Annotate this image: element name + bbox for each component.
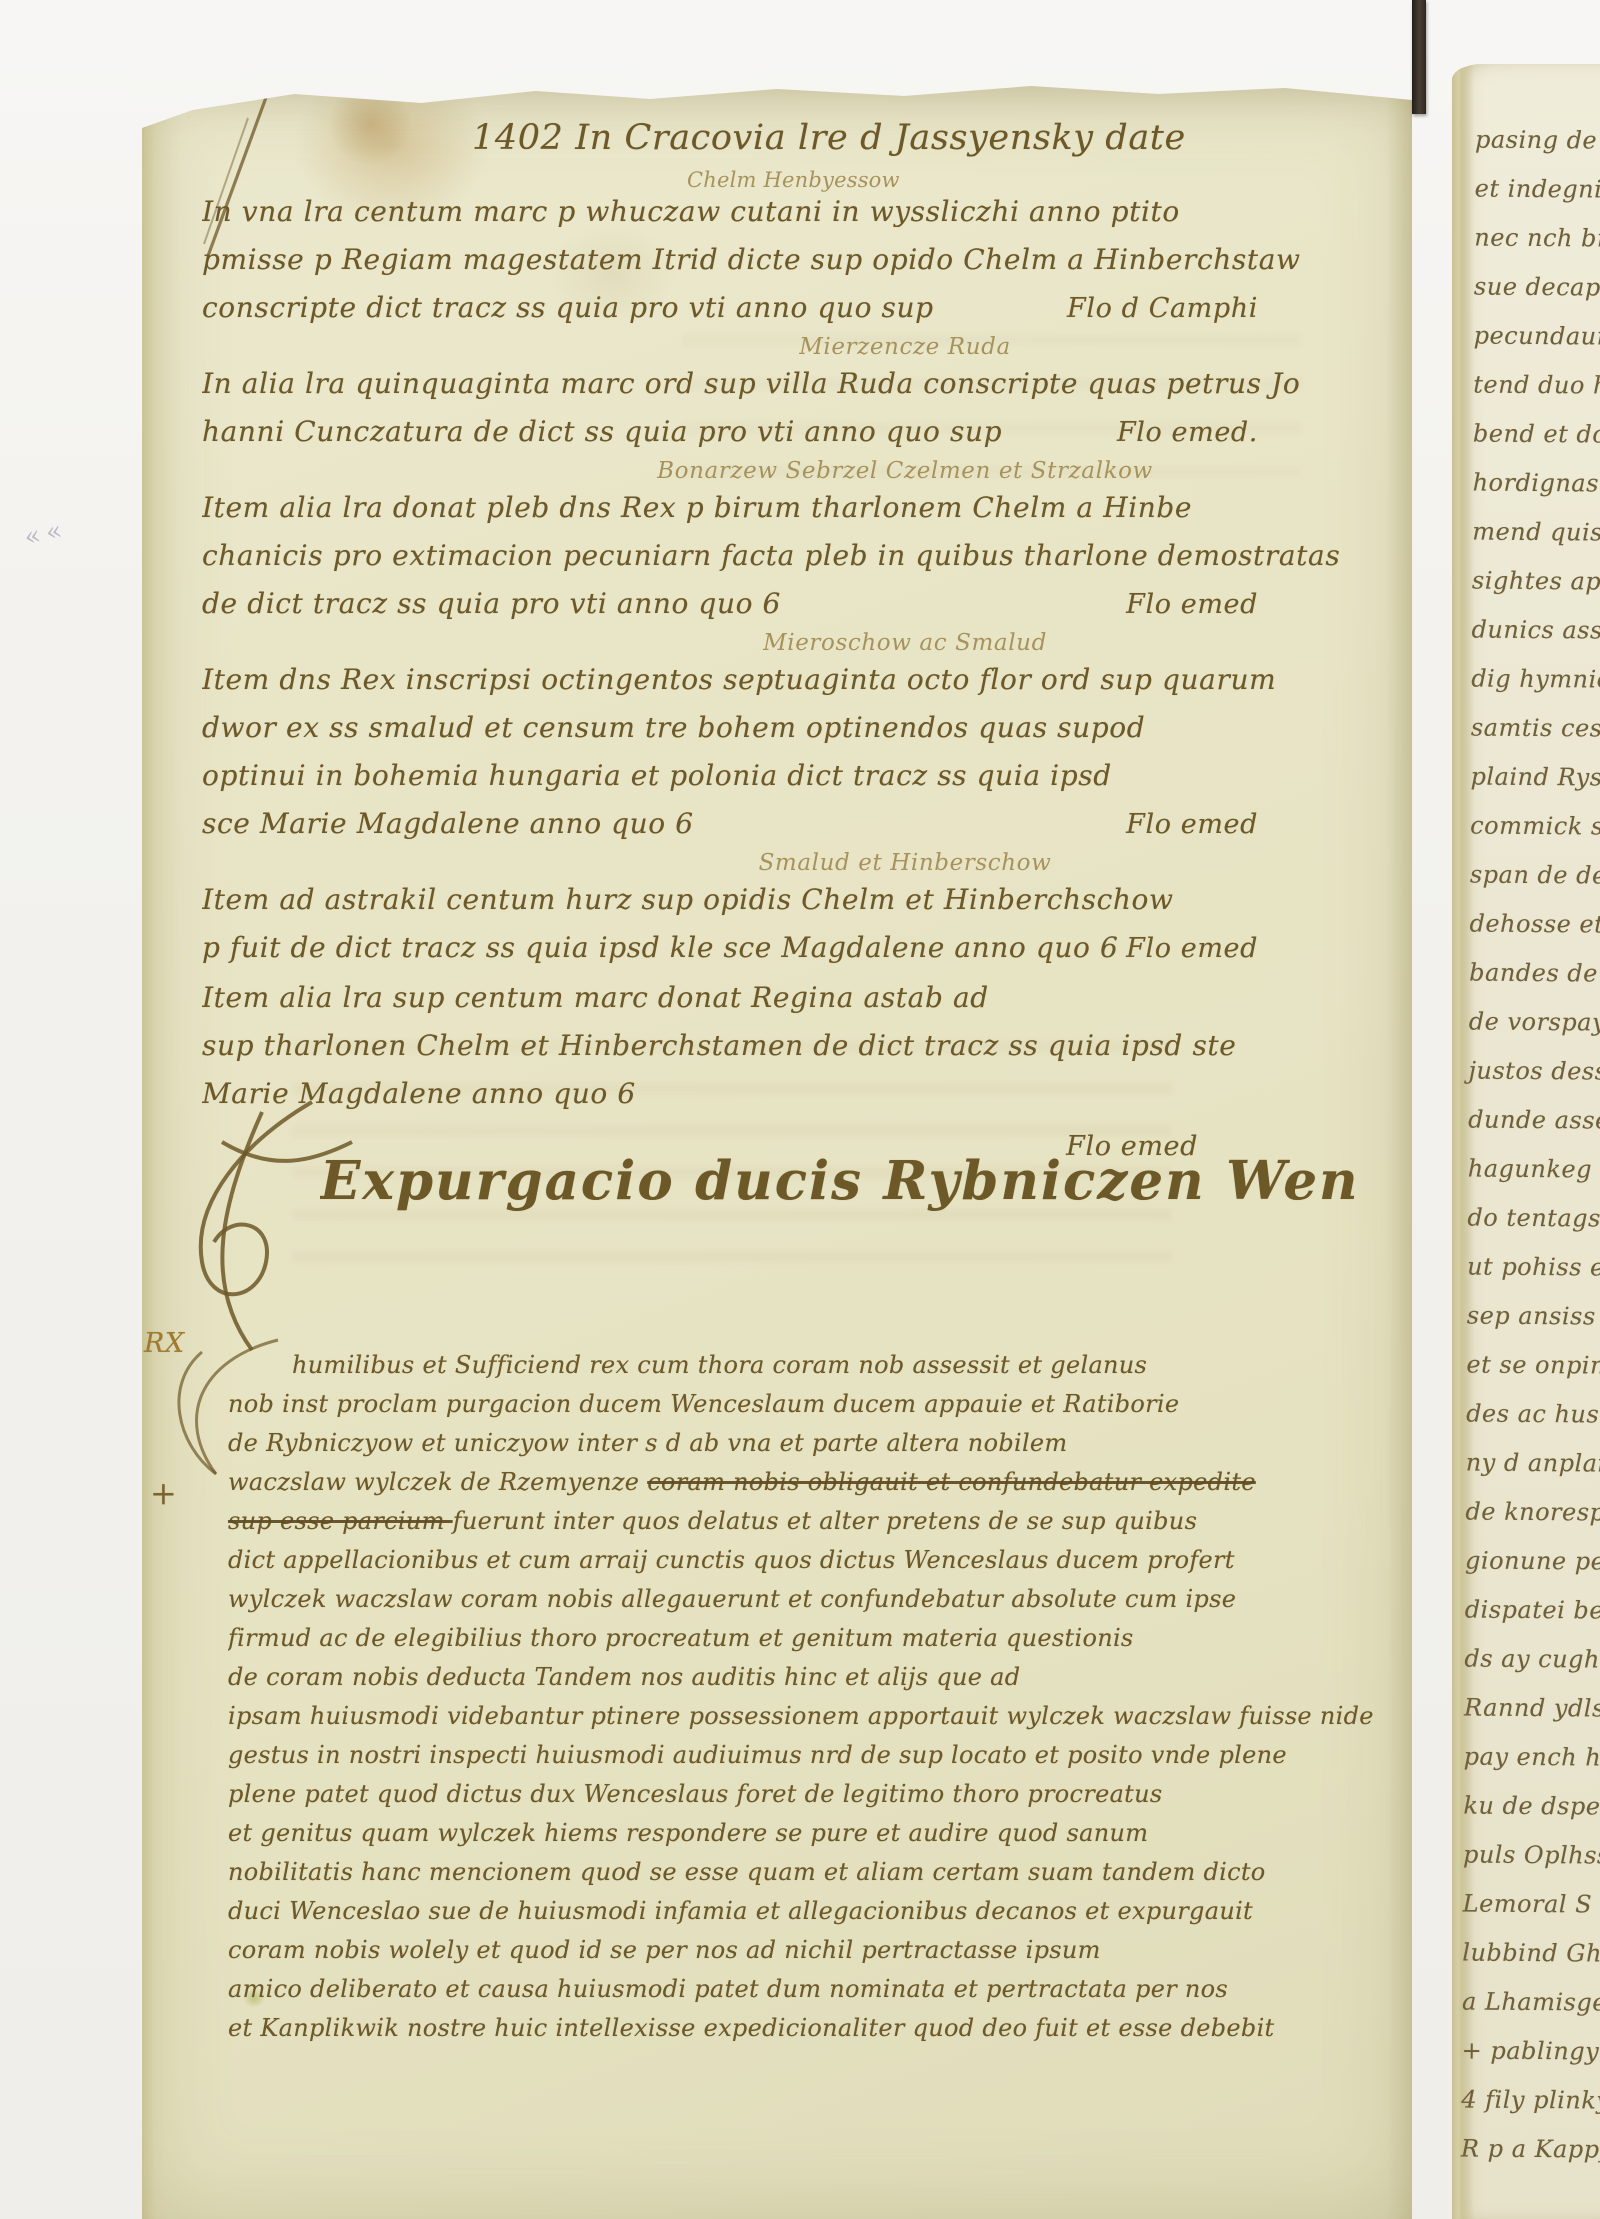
- body-line: duci Wenceslao sue de huiusmodi infamia …: [228, 1892, 1388, 1931]
- body-text-segment: de coram nobis deducta Tandem nos auditi…: [228, 1663, 1020, 1691]
- body-text-segment: de Rybniczyow et uniczyow inter s d ab v…: [228, 1429, 1068, 1457]
- facing-page-fragment: dig hymniog: [1471, 655, 1600, 705]
- manuscript-page: 1402 In Cracovia lre d Jassyensky date C…: [142, 84, 1412, 2219]
- entry-line: Item alia lra sup centum marc donat Regi…: [202, 974, 1378, 1022]
- body-line: de coram nobis deducta Tandem nos auditi…: [228, 1658, 1388, 1697]
- body-text-segment: fuerunt inter quos delatus et alter pret…: [453, 1507, 1198, 1535]
- manuscript-scan: «« 1402 In Cracovia lre d Jassyensky dat…: [0, 0, 1600, 2219]
- facing-page-fragment: a Lhamisge: [1462, 1978, 1594, 2028]
- body-text-segment: dict appellacionibus et cum arraij cunct…: [228, 1546, 1235, 1574]
- facing-page-fragment: ku de dsperug: [1463, 1782, 1595, 1832]
- body-line: coram nobis wolely et quod id se per nos…: [228, 1931, 1388, 1970]
- entry-line: dwor ex ss smalud et censum tre bohem op…: [202, 704, 1378, 752]
- facing-page-fragment: dunde asse: [1468, 1096, 1600, 1146]
- entry-line: pmisse p Regiam magestatem Itrid dicte s…: [202, 236, 1378, 284]
- body-line: de Rybniczyow et uniczyow inter s d ab v…: [228, 1424, 1388, 1463]
- facing-page-fragment: ut pohiss et st: [1467, 1243, 1599, 1293]
- facing-page-fragment: plaind Rysum: [1470, 753, 1600, 803]
- ledger-entries: In vna lra centum marc p whuczaw cutani …: [202, 188, 1378, 1172]
- body-line: ipsam huiusmodi videbantur ptinere posse…: [228, 1697, 1388, 1736]
- facing-page-fragment: de vorspayss: [1469, 998, 1600, 1048]
- facing-page-fragment: dispatei bey: [1465, 1586, 1597, 1636]
- body-text-segment: firmud ac de elegibilius thoro procreatu…: [228, 1624, 1134, 1652]
- body-line: et genitus quam wylczek hiems respondere…: [228, 1814, 1388, 1853]
- body-line: firmud ac de elegibilius thoro procreatu…: [228, 1619, 1388, 1658]
- body-line: nobilitatis hanc mencionem quod se esse …: [228, 1853, 1388, 1892]
- interlinear-note: Bonarzew Sebrzel Czelmen et Strzalkow: [202, 458, 1378, 484]
- body-text: humilibus et Sufficiend rex cum thora co…: [228, 1346, 1388, 2048]
- interlinear-note: Mierzencze Ruda: [202, 334, 1378, 360]
- facing-page-fragment: ny d anplaisso: [1466, 1439, 1598, 1489]
- body-text-segment: et genitus quam wylczek hiems respondere…: [228, 1819, 1148, 1847]
- facing-page-fragment: pasing de fundacium: [1475, 116, 1600, 166]
- body-line: gestus in nostri inspecti huiusmodi audi…: [228, 1736, 1388, 1775]
- facing-page-fragment: span de deb: [1470, 851, 1600, 901]
- body-text-segment: plene patet quod dictus dux Wenceslaus f…: [228, 1780, 1163, 1808]
- facing-page-fragment: et se onpind de: [1466, 1341, 1598, 1391]
- entry-line: Item dns Rex inscripsi octingentos septu…: [202, 656, 1378, 704]
- body-text-segment: ipsam huiusmodi videbantur ptinere posse…: [228, 1702, 1374, 1730]
- body-line: amico deliberato et causa huiusmodi pate…: [228, 1970, 1388, 2009]
- left-margin-marks: ««: [20, 506, 87, 558]
- facing-page-fragment: bend et donnaus: [1473, 410, 1600, 460]
- body-text-segment: nobilitatis hanc mencionem quod se esse …: [228, 1858, 1266, 1886]
- facing-page-fragment: puls Oplhsse: [1463, 1831, 1595, 1881]
- ledger-entry: Smalud et HinberschowItem ad astrakil ce…: [202, 850, 1378, 972]
- facing-page-fragment: tend duo hymnu: [1473, 361, 1600, 411]
- struck-text: coram nobis obligauit et confundebatur e…: [647, 1468, 1256, 1496]
- interlinear-note: Mieroschow ac Smalud: [202, 630, 1378, 656]
- entry-line: Marie Magdalene anno quo 6: [202, 1070, 1378, 1118]
- body-text-segment: waczslaw wylczek de Rzemyenze: [228, 1468, 647, 1496]
- facing-page-fragment: hagunkeg sud: [1468, 1145, 1600, 1195]
- body-text-segment: duci Wenceslao sue de huiusmodi infamia …: [228, 1897, 1253, 1925]
- facing-page-fragment: de knorespuan: [1465, 1488, 1597, 1538]
- facing-page-fragment: et indegniss uch: [1475, 165, 1600, 215]
- facing-page-fragment: samtis ces de: [1471, 704, 1600, 754]
- facing-page-fragment: R p a Kappf: [1461, 2125, 1593, 2175]
- facing-page-fragment: dunics assum: [1471, 606, 1600, 656]
- ledger-entry: In vna lra centum marc p whuczaw cutani …: [202, 188, 1378, 332]
- facing-page-fragment: sightes ap rog: [1472, 557, 1600, 607]
- entry-line: In alia lra quinquaginta marc ord sup vi…: [202, 360, 1378, 408]
- facing-page-fragment: des ac hush s: [1466, 1390, 1598, 1440]
- body-text-segment: gestus in nostri inspecti huiusmodi audi…: [228, 1741, 1287, 1769]
- entry-line: optinui in bohemia hungaria et polonia d…: [202, 752, 1378, 800]
- bookmark-ribbon: [1412, 0, 1426, 114]
- facing-page-fragments: pasing de fundaciumet indegniss uchnec n…: [1461, 116, 1600, 2175]
- body-text-segment: wylczek waczslaw coram nobis allegauerun…: [228, 1585, 1236, 1613]
- facing-page-fragment: sep ansiss dom: [1467, 1292, 1599, 1342]
- entry-line: Item alia lra donat pleb dns Rex p birum…: [202, 484, 1378, 532]
- facing-page-edge: pasing de fundaciumet indegniss uchnec n…: [1452, 64, 1600, 2219]
- facing-page-fragment: ds ay cughand: [1464, 1635, 1596, 1685]
- body-text-segment: humilibus et Sufficiend rex cum thora co…: [292, 1351, 1147, 1379]
- body-text-segment: coram nobis wolely et quod id se per nos…: [228, 1936, 1101, 1964]
- struck-text: sup esse parcium: [228, 1507, 453, 1535]
- facing-page-fragment: mend quispa ss: [1472, 508, 1600, 558]
- ledger-entry: Mierzencze RudaIn alia lra quinquaginta …: [202, 334, 1378, 456]
- body-line: et Kanplikwik nostre huic intellexisse e…: [228, 2009, 1388, 2048]
- ledger-entry: Mieroschow ac SmaludItem dns Rex inscrip…: [202, 630, 1378, 848]
- ledger-entry: Item alia lra sup centum marc donat Regi…: [202, 974, 1378, 1170]
- body-line: plene patet quod dictus dux Wenceslaus f…: [228, 1775, 1388, 1814]
- facing-page-fragment: do tentags lysu: [1467, 1194, 1599, 1244]
- margin-mark-cross: +: [150, 1474, 177, 1512]
- facing-page-fragment: 4 fily plinky: [1461, 2076, 1593, 2126]
- facing-page-fragment: lubbind Ghy: [1462, 1929, 1594, 1979]
- body-line: dict appellacionibus et cum arraij cunct…: [228, 1541, 1388, 1580]
- facing-page-fragment: justos dessim: [1468, 1047, 1600, 1097]
- facing-page-fragment: + pablingy: [1462, 2027, 1594, 2077]
- entry-line: In vna lra centum marc p whuczaw cutani …: [202, 188, 1378, 236]
- facing-page-fragment: gionune penien: [1465, 1537, 1597, 1587]
- facing-page-fragment: pay ench hyn: [1464, 1733, 1596, 1783]
- body-line: wylczek waczslaw coram nobis allegauerun…: [228, 1580, 1388, 1619]
- section-heading: Expurgacio ducis Rybniczen Wenceslai: [320, 1150, 1360, 1212]
- facing-page-fragment: sue decapeut Co: [1474, 263, 1600, 313]
- body-line: sup esse parcium fuerunt inter quos dela…: [228, 1502, 1388, 1541]
- entry-line: sup tharlonen Chelm et Hinberchstamen de…: [202, 1022, 1378, 1070]
- facing-page-fragment: dehosse et pan: [1469, 900, 1600, 950]
- body-text-segment: nob inst proclam purgacion ducem Wencesl…: [228, 1390, 1179, 1418]
- body-line: nob inst proclam purgacion ducem Wencesl…: [228, 1385, 1388, 1424]
- facing-page-fragment: pecundaum hyde: [1473, 312, 1600, 362]
- facing-page-fragment: commick ss: [1470, 802, 1600, 852]
- facing-page-fragment: hordignas persei: [1472, 459, 1600, 509]
- entry-line: chanicis pro extimacion pecuniarn facta …: [202, 532, 1378, 580]
- page-heading: 1402 In Cracovia lre d Jassyensky date: [472, 118, 1332, 158]
- facing-page-fragment: bandes de derp: [1469, 949, 1600, 999]
- body-line: humilibus et Sufficiend rex cum thora co…: [228, 1346, 1388, 1385]
- facing-page-fragment: Lemoral S: [1463, 1880, 1595, 1930]
- body-text-segment: amico deliberato et causa huiusmodi pate…: [228, 1975, 1228, 2003]
- body-text-segment: et Kanplikwik nostre huic intellexisse e…: [228, 2014, 1275, 2042]
- ledger-entry: Bonarzew Sebrzel Czelmen et StrzalkowIte…: [202, 458, 1378, 628]
- body-line: waczslaw wylczek de Rzemyenze coram nobi…: [228, 1463, 1388, 1502]
- interlinear-note: Smalud et Hinberschow: [202, 850, 1378, 876]
- facing-page-fragment: Rannd ydls: [1464, 1684, 1596, 1734]
- facing-page-fragment: nec nch br ct: [1474, 214, 1600, 264]
- entry-line: Item ad astrakil centum hurz sup opidis …: [202, 876, 1378, 924]
- margin-mark-rx: RX: [144, 1328, 185, 1359]
